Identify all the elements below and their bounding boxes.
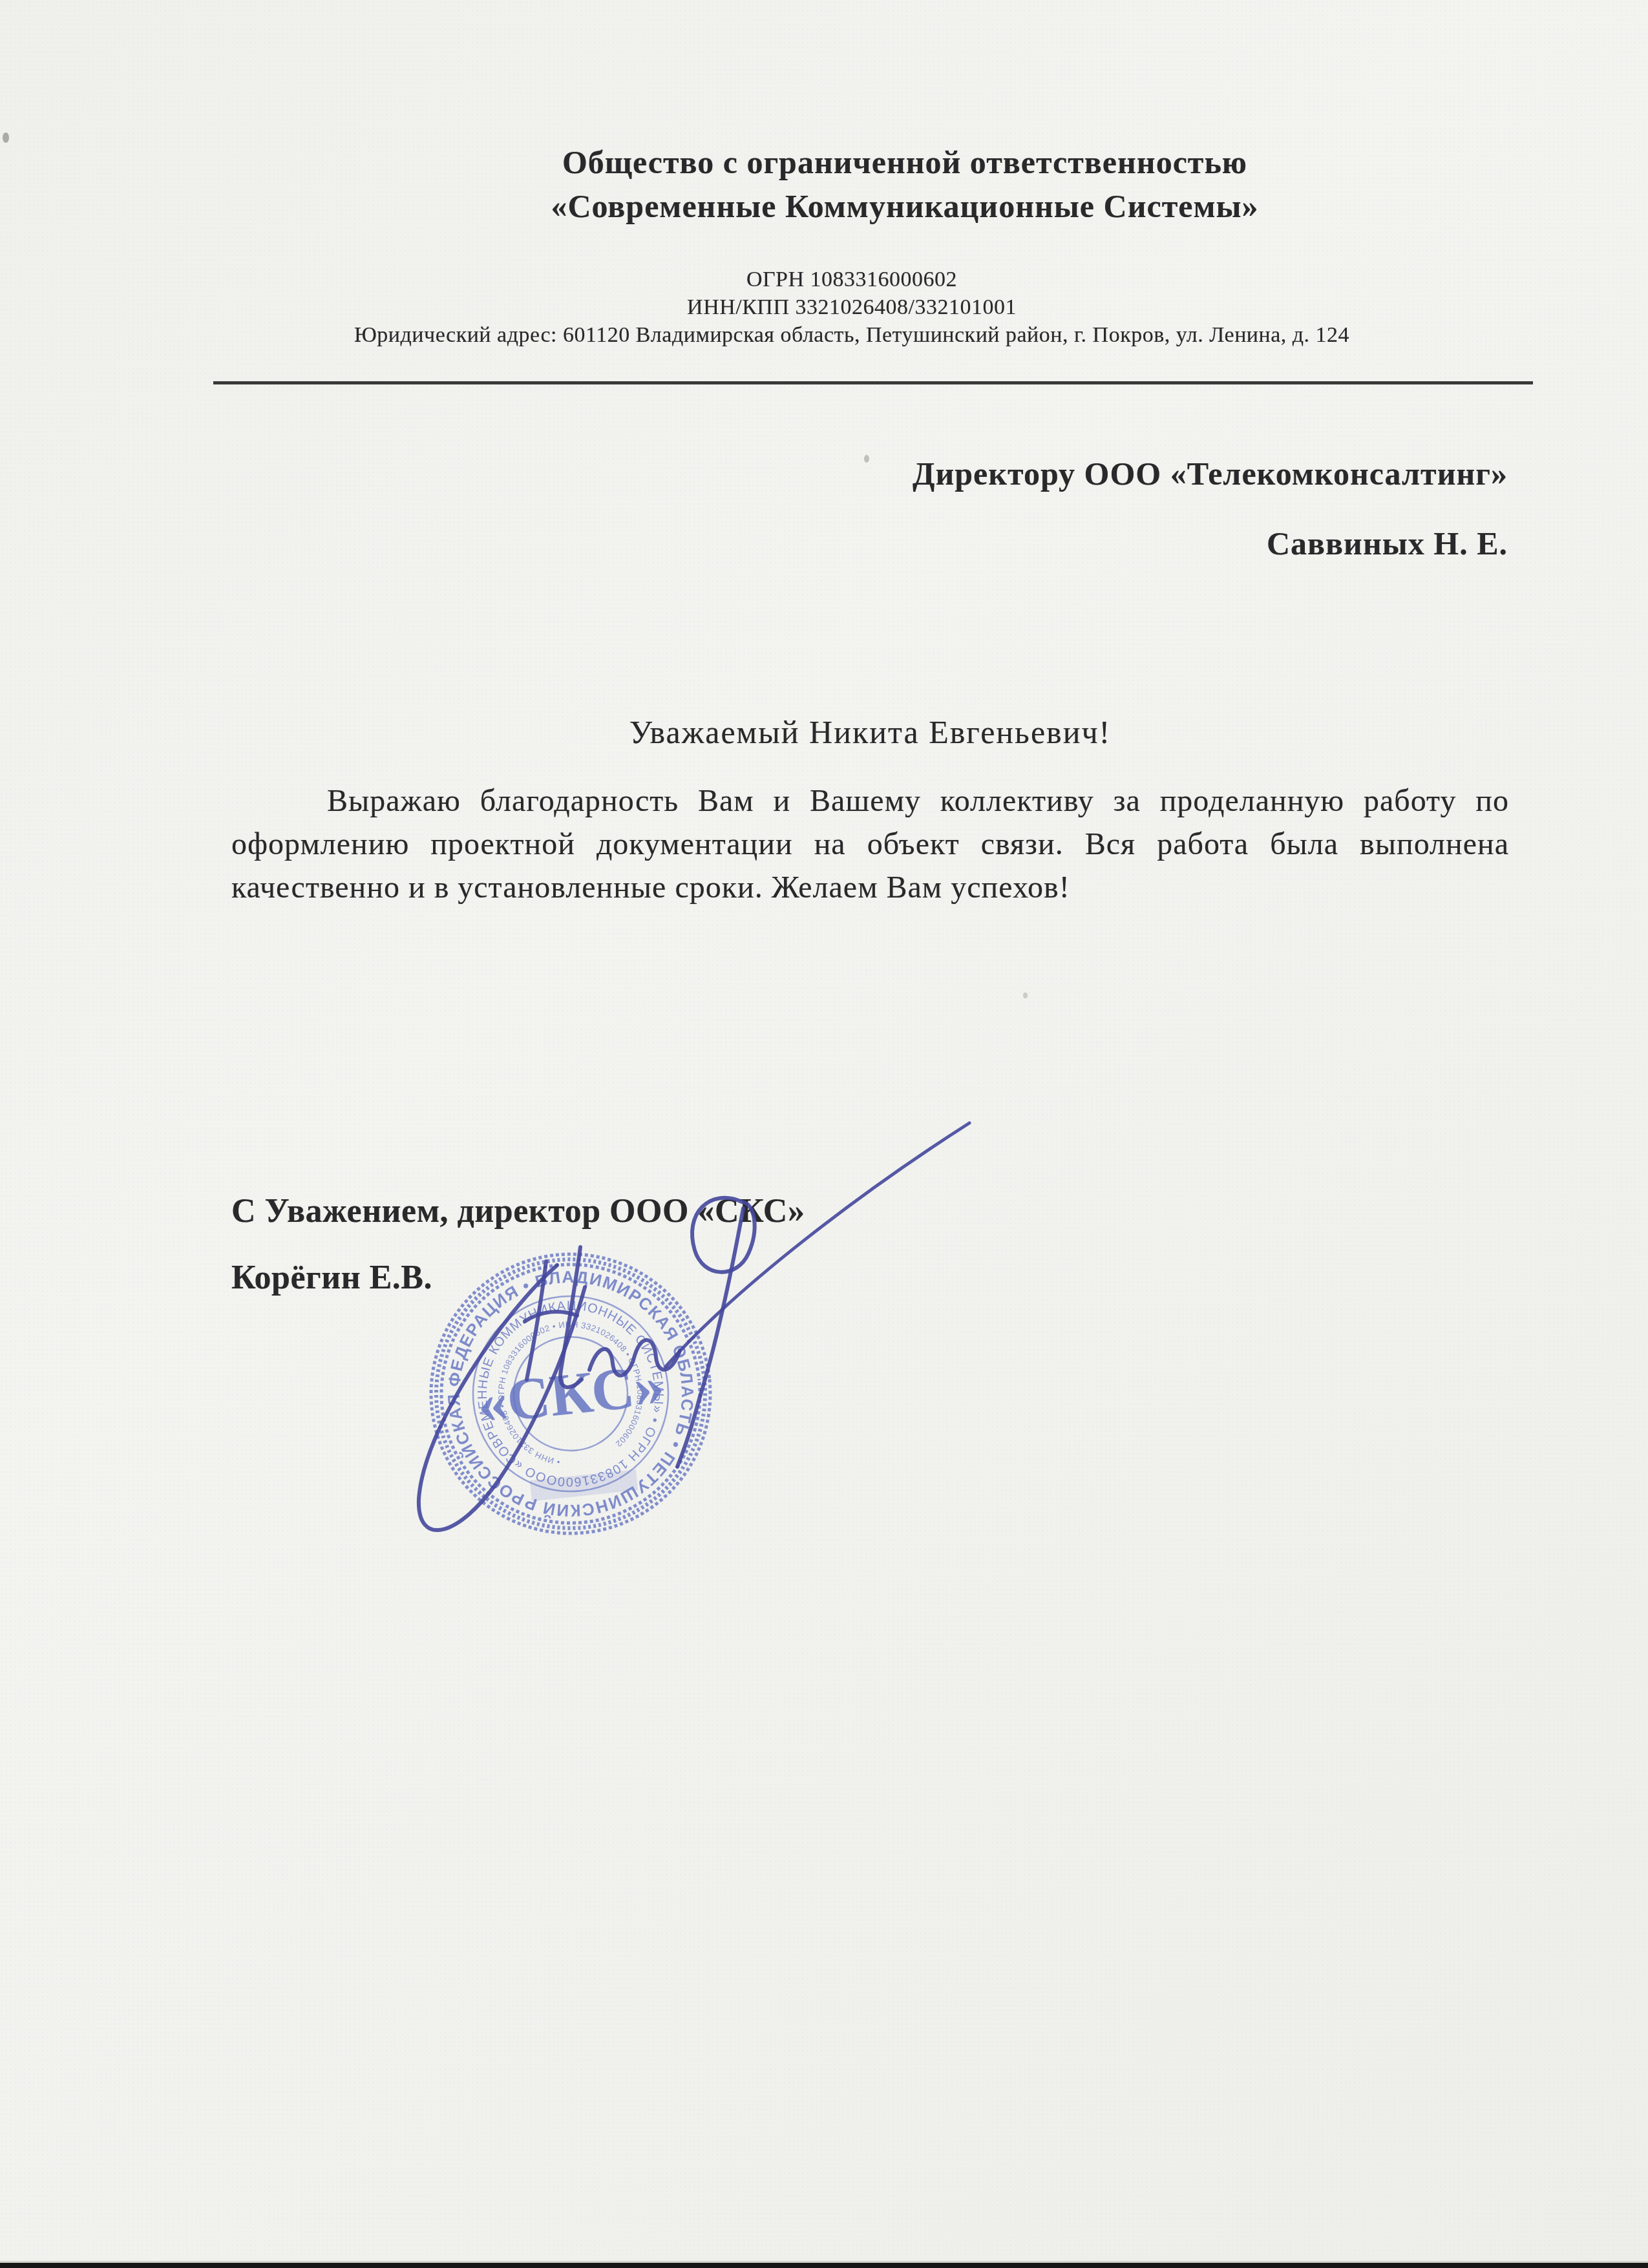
- scanned-letter-page: Общество с ограниченной ответственностью…: [0, 0, 1648, 2268]
- legal-address-line: Юридический адрес: 601120 Владимирская о…: [231, 323, 1472, 348]
- addressee-title: Директору ООО «Телекомконсалтинг»: [231, 455, 1508, 492]
- inn-kpp-line: ИНН/КПП 3321026408/332101001: [231, 295, 1472, 320]
- scan-speck: [1023, 992, 1028, 998]
- addressee-name: Саввиных Н. Е.: [231, 525, 1508, 562]
- ogrn-line: ОГРН 1083316000602: [231, 268, 1472, 292]
- company-name-line1: Общество с ограниченной ответственностью: [271, 143, 1538, 181]
- scan-speck: [864, 455, 869, 463]
- handwritten-signature: [375, 1092, 1021, 1570]
- paragraph-line-3: качественно и в установленные сроки. Жел…: [231, 870, 1509, 910]
- scan-edge-shadow: [0, 2263, 1648, 2268]
- paragraph-line-2: оформлению проектной документации на объ…: [231, 826, 1509, 866]
- salutation: Уважаемый Никита Евгеньевич!: [231, 713, 1509, 751]
- scan-speck: [3, 132, 9, 143]
- paragraph-line-1: Выражаю благодарность Вам и Вашему колле…: [231, 783, 1509, 823]
- letterhead-divider: [213, 381, 1533, 384]
- company-name-line2: «Современные Коммуникационные Системы»: [271, 187, 1538, 225]
